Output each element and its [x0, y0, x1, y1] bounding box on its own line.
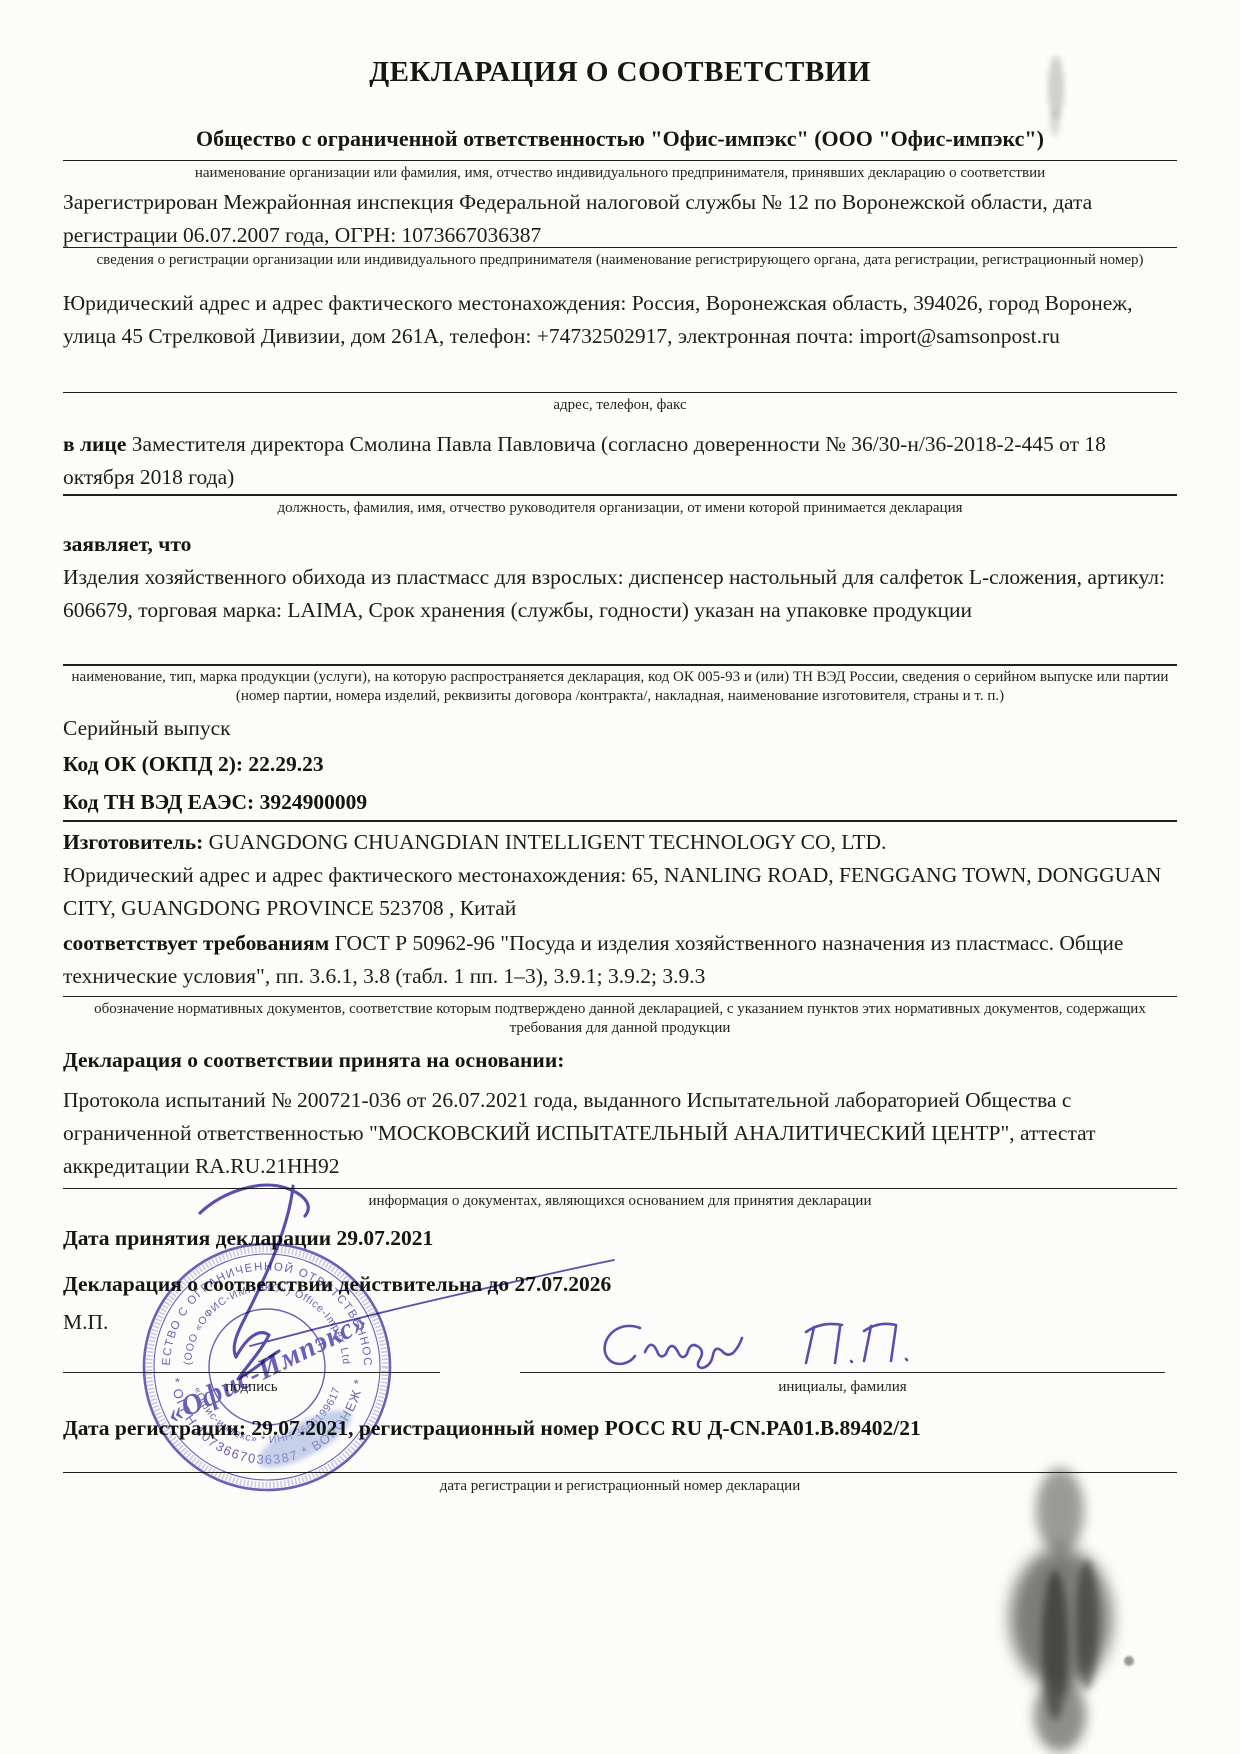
caption-basis: информация о документах, являющихся осно… [63, 1192, 1177, 1211]
address-paragraph: Юридический адрес и адрес фактического м… [63, 287, 1177, 353]
okpd-code-line: Код ОК (ОКПД 2): 22.29.23 [63, 748, 1177, 781]
registration-paragraph: Зарегистрирован Межрайонная инспекция Фе… [63, 186, 1177, 252]
caption-conformity: обозначение нормативных документов, соот… [63, 1000, 1177, 1038]
divider [63, 820, 1177, 822]
representative-paragraph: в лице Заместителя директора Смолина Пав… [63, 428, 1177, 494]
caption-product: наименование, тип, марка продукции (услу… [63, 668, 1177, 706]
divider [63, 160, 1177, 161]
declarant-name: Общество с ограниченной ответственностью… [63, 126, 1177, 152]
representative-text: Заместителя директора Смолина Павла Павл… [63, 432, 1106, 489]
tnved-code-line: Код ТН ВЭД ЕАЭС: 3924900009 [63, 786, 1177, 819]
divider [63, 494, 1177, 496]
divider [63, 1188, 1177, 1189]
registration-footer-line: Дата регистрации: 29.07.2021, регистраци… [63, 1412, 1177, 1445]
serial-issue: Серийный выпуск [63, 712, 1177, 745]
basis-heading: Декларация о соответствии принята на осн… [63, 1044, 1177, 1077]
page-title: ДЕКЛАРАЦИЯ О СООТВЕТСТВИИ [63, 56, 1177, 89]
signature-line-left [63, 1372, 440, 1373]
adoption-date-line: Дата принятия декларации 29.07.2021 [63, 1222, 1177, 1255]
declares-heading: заявляет, что [63, 528, 1177, 561]
conformity-label: соответствует требованиям [63, 931, 329, 955]
divider [63, 392, 1177, 393]
manufacturer-line: Изготовитель: GUANGDONG CHUANGDIAN INTEL… [63, 826, 1177, 859]
conformity-paragraph: соответствует требованиям ГОСТ Р 50962-9… [63, 927, 1177, 993]
valid-until-line: Декларация о соответствии действительна … [63, 1268, 1177, 1301]
scan-artifact-top-2 [1050, 110, 1060, 136]
seal-mark: М.П. [63, 1306, 183, 1339]
manufacturer-name: GUANGDONG CHUANGDIAN INTELLIGENT TECHNOL… [203, 830, 886, 854]
caption-address: адрес, телефон, факс [63, 396, 1177, 415]
caption-signature: подпись [63, 1378, 440, 1397]
caption-initials: инициалы, фамилия [520, 1378, 1165, 1397]
caption-representative: должность, фамилия, имя, отчество руково… [63, 499, 1177, 518]
caption-registration: сведения о регистрации организации или и… [63, 251, 1177, 270]
representative-label: в лице [63, 432, 126, 456]
caption-declarant: наименование организации или фамилия, им… [63, 164, 1177, 183]
product-paragraph: Изделия хозяйственного обихода из пластм… [63, 561, 1177, 627]
divider [63, 1472, 1177, 1473]
divider [63, 996, 1177, 997]
divider [63, 247, 1177, 248]
signature-line-right [520, 1372, 1165, 1373]
divider [63, 664, 1177, 666]
right-signature-script [605, 1324, 907, 1368]
basis-paragraph: Протокола испытаний № 200721-036 от 26.0… [63, 1084, 1177, 1183]
manufacturer-address: Юридический адрес и адрес фактического м… [63, 859, 1177, 925]
caption-registration-footer: дата регистрации и регистрационный номер… [63, 1477, 1177, 1496]
manufacturer-label: Изготовитель: [63, 830, 203, 854]
declaration-document: ДЕКЛАРАЦИЯ О СООТВЕТСТВИИ Общество с огр… [0, 0, 1240, 1754]
